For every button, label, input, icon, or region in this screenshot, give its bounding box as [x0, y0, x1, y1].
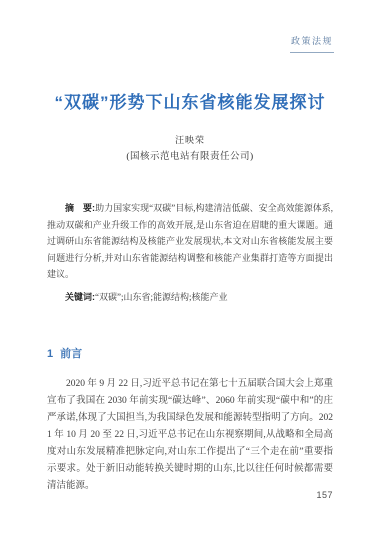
keywords-line: 关键词:“双碳”;山东省;能源结构;核能产业 — [47, 289, 333, 306]
keywords-label: 关键词: — [65, 292, 95, 302]
abstract-paragraph: 摘 要:助力国家实现“双碳”目标,构建清洁低碳、安全高效能源体系,推动双碳和产业… — [47, 200, 333, 283]
article-title: “双碳”形势下山东省核能发展探讨 — [30, 92, 350, 113]
section-heading: 1前言 — [47, 347, 333, 361]
paper-page: 政策法规 “双碳”形势下山东省核能发展探讨 汪映荣 (国核示范电站有限责任公司)… — [0, 0, 380, 540]
section-number: 1 — [47, 348, 53, 360]
body-paragraph: 2020 年 9 月 22 日,习近平总书记在第七十五届联合国大会上郑重宣布了我… — [47, 376, 333, 495]
page-number: 157 — [316, 490, 333, 500]
abstract-label: 摘 要: — [65, 203, 95, 213]
keywords-text: “双碳”;山东省;能源结构;核能产业 — [95, 292, 228, 302]
abstract-text: 助力国家实现“双碳”目标,构建清洁低碳、安全高效能源体系,推动双碳和产业升级工作… — [47, 203, 333, 279]
author-name: 汪映荣 — [0, 134, 380, 146]
section-title: 前言 — [60, 348, 82, 360]
column-section-label: 政策法规 — [290, 36, 334, 53]
author-affiliation: (国核示范电站有限责任公司) — [0, 151, 380, 164]
